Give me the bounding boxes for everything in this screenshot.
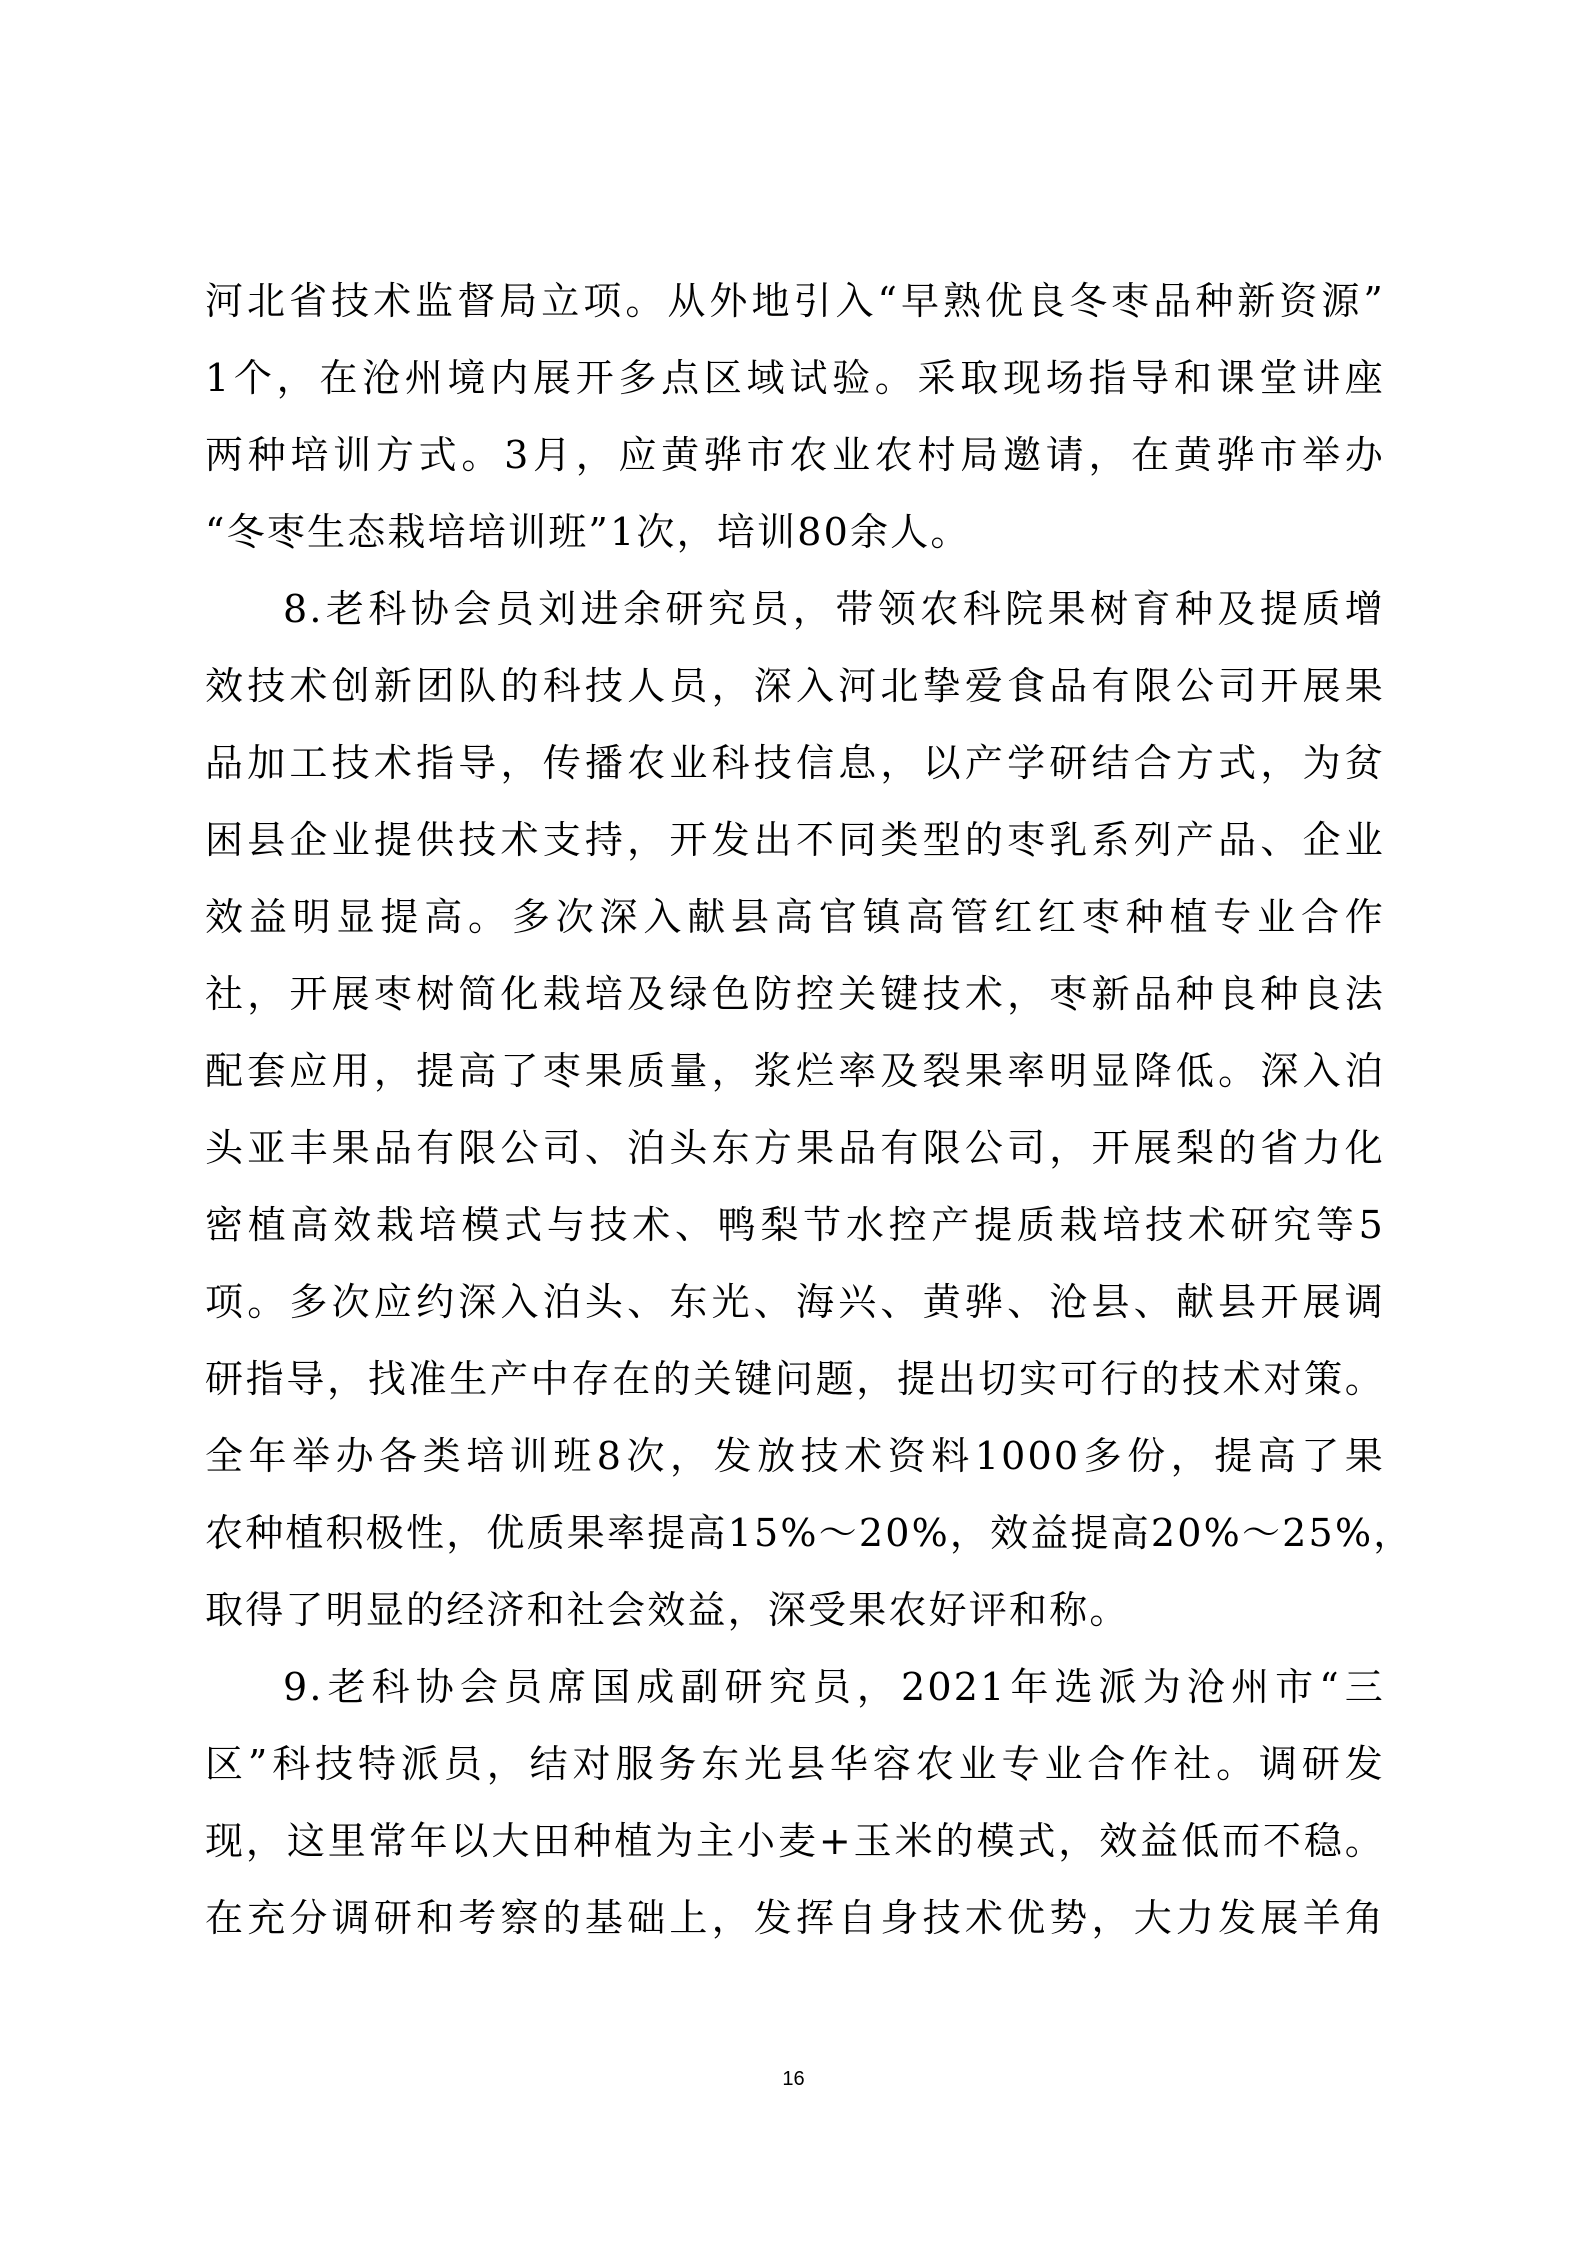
text-line: 区”科技特派员，结对服务东光县华容农业专业合作社。调研发 [205,1726,1385,1803]
text-line: 头亚丰果品有限公司、泊头东方果品有限公司，开展梨的省力化 [205,1110,1385,1187]
text-line: 取得了明显的经济和社会效益，深受果农好评和称。 [205,1572,1385,1649]
text-line: 9.老科协会员席国成副研究员，2021年选派为沧州市“三 [205,1649,1385,1726]
text-line: 品加工技术指导，传播农业科技信息，以产学研结合方式，为贫 [205,725,1385,802]
text-line: 河北省技术监督局立项。从外地引入“早熟优良冬枣品种新资源” [205,263,1385,340]
page-number: 16 [0,2068,1587,2091]
text-line: 全年举办各类培训班8次，发放技术资料1000多份，提高了果 [205,1418,1385,1495]
paragraph-8: 8.老科协会员刘进余研究员，带领农科院果树育种及提质增 效技术创新团队的科技人员… [205,571,1385,1649]
paragraph-7-continuation: 河北省技术监督局立项。从外地引入“早熟优良冬枣品种新资源” 1个，在沧州境内展开… [205,263,1385,571]
text-line: 8.老科协会员刘进余研究员，带领农科院果树育种及提质增 [205,571,1385,648]
text-line: “冬枣生态栽培培训班”1次，培训80余人。 [205,494,1385,571]
text-line: 研指导，找准生产中存在的关键问题，提出切实可行的技术对策。 [205,1341,1385,1418]
text-line: 社，开展枣树简化栽培及绿色防控关键技术，枣新品种良种良法 [205,956,1385,1033]
text-line: 配套应用，提高了枣果质量，浆烂率及裂果率明显降低。深入泊 [205,1033,1385,1110]
text-line: 现，这里常年以大田种植为主小麦+玉米的模式，效益低而不稳。 [205,1803,1385,1880]
text-line: 困县企业提供技术支持，开发出不同类型的枣乳系列产品、企业 [205,802,1385,879]
text-line: 1个，在沧州境内展开多点区域试验。采取现场指导和课堂讲座 [205,340,1385,417]
text-line: 两种培训方式。3月，应黄骅市农业农村局邀请，在黄骅市举办 [205,417,1385,494]
text-line: 效益明显提高。多次深入献县高官镇高管红红枣种植专业合作 [205,879,1385,956]
document-page: 河北省技术监督局立项。从外地引入“早熟优良冬枣品种新资源” 1个，在沧州境内展开… [0,0,1587,2245]
text-line: 效技术创新团队的科技人员，深入河北挚爱食品有限公司开展果 [205,648,1385,725]
paragraph-9: 9.老科协会员席国成副研究员，2021年选派为沧州市“三 区”科技特派员，结对服… [205,1649,1385,1957]
text-line: 在充分调研和考察的基础上，发挥自身技术优势，大力发展羊角 [205,1880,1385,1957]
text-line: 项。多次应约深入泊头、东光、海兴、黄骅、沧县、献县开展调 [205,1264,1385,1341]
body-text: 河北省技术监督局立项。从外地引入“早熟优良冬枣品种新资源” 1个，在沧州境内展开… [205,263,1385,1957]
text-line: 密植高效栽培模式与技术、鸭梨节水控产提质栽培技术研究等5 [205,1187,1385,1264]
text-line: 农种植积极性，优质果率提高15%～20%，效益提高20%～25%， [205,1495,1385,1572]
